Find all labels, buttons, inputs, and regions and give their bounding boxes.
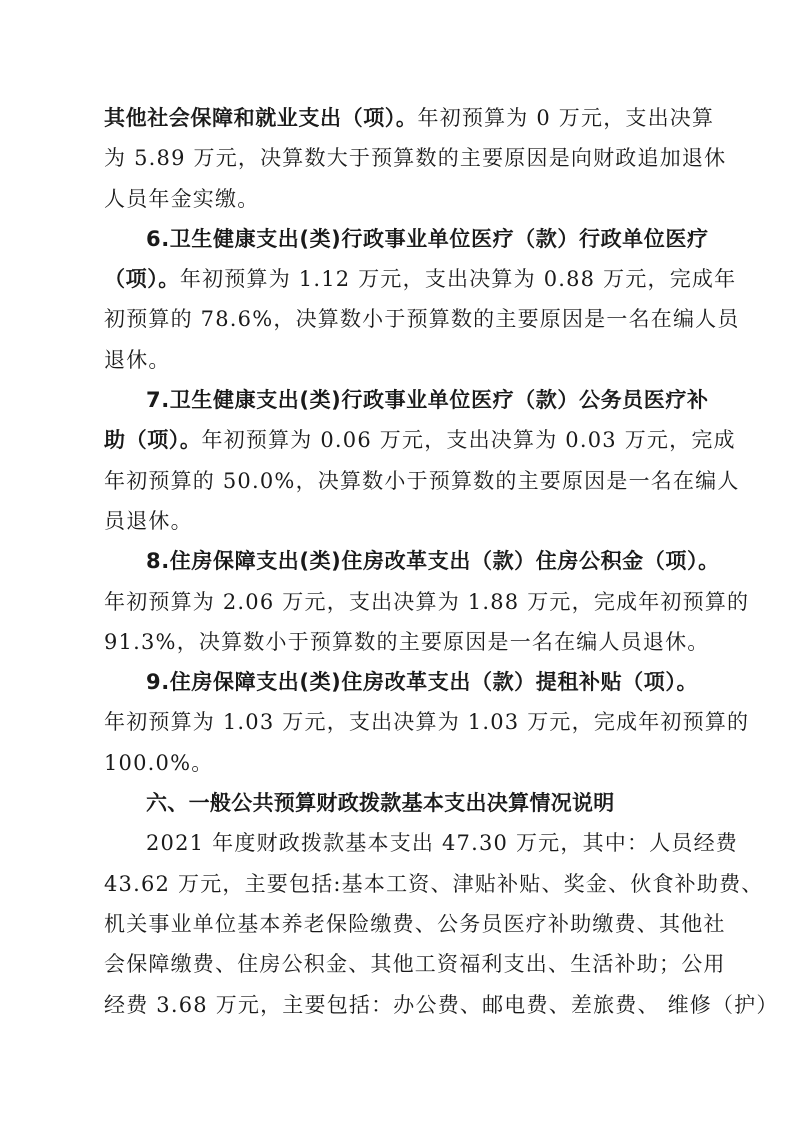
paragraph-item-6: 6.卫生健康支出(类)行政事业单位医疗（款）行政单位医疗 （项）。年初预算为 1… xyxy=(104,219,692,380)
item-9-title: 9.住房保障支出(类)住房改革支出（款）提租补贴（项）。 xyxy=(104,662,692,702)
item-7-title: 7.卫生健康支出(类)行政事业单位医疗（款）公务员医疗补 xyxy=(104,380,692,420)
item-text: 年初预算为 1.12 万元，支出决算为 0.88 万元，完成年 xyxy=(180,267,736,291)
text-line: （项）。年初预算为 1.12 万元，支出决算为 0.88 万元，完成年 xyxy=(104,259,692,299)
paragraph-item-7: 7.卫生健康支出(类)行政事业单位医疗（款）公务员医疗补 助（项）。年初预算为 … xyxy=(104,380,692,541)
text-line: 人员年金实缴。 xyxy=(104,179,692,219)
text-line: 年初预算的 50.0%，决算数小于预算数的主要原因是一名在编人 xyxy=(104,461,692,501)
section-body: 2021 年度财政拨款基本支出 47.30 万元，其中：人员经费 43.62 万… xyxy=(104,823,692,1024)
text-line: 2021 年度财政拨款基本支出 47.30 万元，其中：人员经费 xyxy=(104,823,692,863)
text-line: 经费 3.68 万元，主要包括：办公费、邮电费、差旅费、 维修（护） xyxy=(104,985,692,1025)
text-line: 初预算的 78.6%，决算数小于预算数的主要原因是一名在编人员 xyxy=(104,299,692,339)
text-line: 机关事业单位基本养老保险缴费、公务员医疗补助缴费、其他社 xyxy=(104,904,692,944)
text-line: 100.0%。 xyxy=(104,743,692,783)
text-line: 91.3%，决算数小于预算数的主要原因是一名在编人员退休。 xyxy=(104,622,692,662)
item-text: 年初预算为 0 万元，支出决算 xyxy=(418,106,715,130)
text-line: 43.62 万元，主要包括:基本工资、津贴补贴、奖金、伙食补助费、 xyxy=(104,864,692,904)
item-6-title: 6.卫生健康支出(类)行政事业单位医疗（款）行政单位医疗 xyxy=(104,219,692,259)
document-page: 其他社会保障和就业支出（项）。年初预算为 0 万元，支出决算 为 5.89 万元… xyxy=(104,98,692,1025)
text-line: 员退休。 xyxy=(104,501,692,541)
item-title: （项）。 xyxy=(104,267,180,291)
item-title: 助（项）。 xyxy=(104,428,202,452)
text-line: 为 5.89 万元，决算数大于预算数的主要原因是向财政追加退休 xyxy=(104,138,692,178)
text-line: 助（项）。年初预算为 0.06 万元，支出决算为 0.03 万元，完成 xyxy=(104,420,692,460)
paragraph-item-9: 9.住房保障支出(类)住房改革支出（款）提租补贴（项）。 年初预算为 1.03 … xyxy=(104,662,692,783)
section-heading: 六、一般公共预算财政拨款基本支出决算情况说明 xyxy=(104,783,692,823)
text-line: 年初预算为 1.03 万元，支出决算为 1.03 万元，完成年初预算的 xyxy=(104,702,692,742)
item-text: 年初预算为 0.06 万元，支出决算为 0.03 万元，完成 xyxy=(202,428,736,452)
item-title: 其他社会保障和就业支出（项）。 xyxy=(104,106,418,130)
text-line: 其他社会保障和就业支出（项）。年初预算为 0 万元，支出决算 xyxy=(104,98,692,138)
paragraph-item-8: 8.住房保障支出(类)住房改革支出（款）住房公积金（项）。 年初预算为 2.06… xyxy=(104,541,692,662)
paragraph-other-social-security: 其他社会保障和就业支出（项）。年初预算为 0 万元，支出决算 为 5.89 万元… xyxy=(104,98,692,219)
item-8-title: 8.住房保障支出(类)住房改革支出（款）住房公积金（项）。 xyxy=(104,541,692,581)
text-line: 年初预算为 2.06 万元，支出决算为 1.88 万元，完成年初预算的 xyxy=(104,582,692,622)
text-line: 退休。 xyxy=(104,340,692,380)
text-line: 会保障缴费、住房公积金、其他工资福利支出、生活补助；公用 xyxy=(104,944,692,984)
